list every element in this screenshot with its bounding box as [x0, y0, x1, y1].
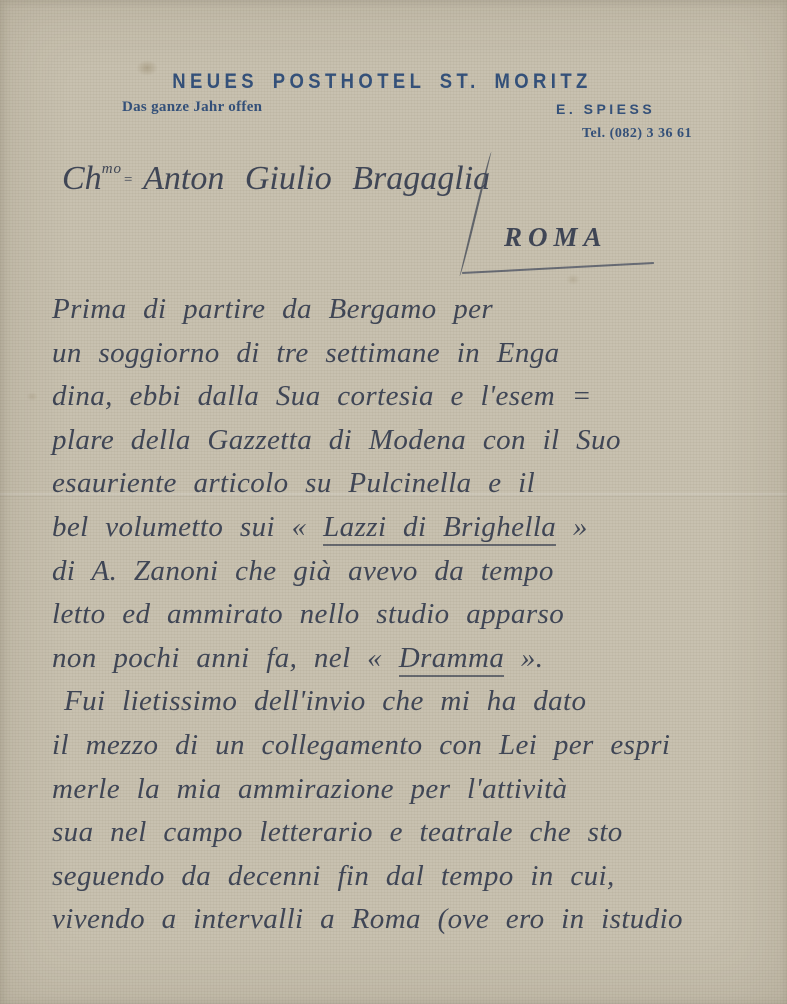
letterhead-hotel-name: NEUES POSTHOTEL ST. MORITZ	[46, 70, 718, 94]
handwriting-text: ».	[504, 642, 543, 674]
handwriting-line: di A. Zanoni che già avevo da tempo	[52, 550, 771, 594]
handwriting-text: bel volumetto sui «	[52, 511, 323, 543]
handwriting-text: Fui lietissimo dell'invio che mi ha dato	[64, 685, 586, 717]
handwriting-line: Fui lietissimo dell'invio che mi ha dato	[52, 680, 771, 724]
salutation-line: Chmo=Anton Giulio Bragaglia	[62, 160, 490, 198]
handwriting-text: il mezzo di un collegamento con Lei per …	[52, 729, 670, 761]
handwriting-line: Prima di partire da Bergamo per	[52, 288, 771, 332]
recipient-name: Anton Giulio Bragaglia	[143, 160, 490, 197]
handwriting-line: bel volumetto sui « Lazzi di Brighella »	[52, 506, 771, 550]
handwriting-line: seguendo da decenni fin dal tempo in cui…	[52, 855, 771, 899]
handwriting-text: non pochi anni fa, nel «	[52, 642, 399, 674]
handwriting-line: non pochi anni fa, nel « Dramma ».	[52, 637, 771, 681]
handwriting-text: esauriente articolo su Pulcinella e il	[52, 467, 535, 499]
letter-page: NEUES POSTHOTEL ST. MORITZ Das ganze Jah…	[0, 0, 787, 1004]
handwriting-line: il mezzo di un collegamento con Lei per …	[52, 724, 771, 768]
handwriting-line: un soggiorno di tre settimane in Enga	[52, 332, 771, 376]
city-underline-stroke	[462, 262, 654, 274]
paper-stain	[566, 274, 580, 285]
address-city: ROMA	[504, 222, 608, 253]
underlined-phrase: Lazzi di Brighella	[323, 511, 556, 546]
letterhead-phone: Tel. (082) 3 36 61	[582, 126, 692, 142]
handwriting-text: letto ed ammirato nello studio apparso	[52, 598, 564, 630]
handwriting-line: dina, ebbi dalla Sua cortesia e l'esem =	[52, 375, 771, 419]
letter-body: Prima di partire da Bergamo perun soggio…	[52, 288, 771, 942]
handwriting-line: esauriente articolo su Pulcinella e il	[52, 462, 771, 506]
handwriting-text: plare della Gazzetta di Modena con il Su…	[52, 424, 621, 456]
handwriting-line: sua nel campo letterario e teatrale che …	[52, 811, 771, 855]
handwriting-text: »	[556, 511, 588, 543]
handwriting-text: vivendo a intervalli a Roma (ove ero in …	[52, 903, 683, 935]
handwriting-text: un soggiorno di tre settimane in Enga	[52, 337, 560, 369]
handwriting-text: sua nel campo letterario e teatrale che …	[52, 816, 623, 848]
handwriting-line: plare della Gazzetta di Modena con il Su…	[52, 419, 771, 463]
handwriting-text: seguendo da decenni fin dal tempo in cui…	[52, 860, 615, 892]
handwriting-text: Prima di partire da Bergamo per	[52, 293, 493, 325]
honorific-suffix: mo	[102, 161, 122, 177]
honorific-mark: =	[123, 172, 133, 188]
letterhead-proprietor: E. SPIESS	[556, 101, 655, 117]
paper-stain	[26, 392, 38, 401]
handwriting-text: merle la mia ammirazione per l'attività	[52, 773, 567, 805]
underlined-phrase: Dramma	[399, 642, 505, 677]
handwriting-line: merle la mia ammirazione per l'attività	[52, 768, 771, 812]
handwriting-line: letto ed ammirato nello studio apparso	[52, 593, 771, 637]
letterhead-open-note: Das ganze Jahr offen	[122, 99, 262, 116]
handwriting-line: vivendo a intervalli a Roma (ove ero in …	[52, 898, 771, 942]
honorific: Ch	[62, 160, 102, 197]
handwriting-text: di A. Zanoni che già avevo da tempo	[52, 555, 554, 587]
handwriting-text: dina, ebbi dalla Sua cortesia e l'esem =	[52, 380, 592, 412]
